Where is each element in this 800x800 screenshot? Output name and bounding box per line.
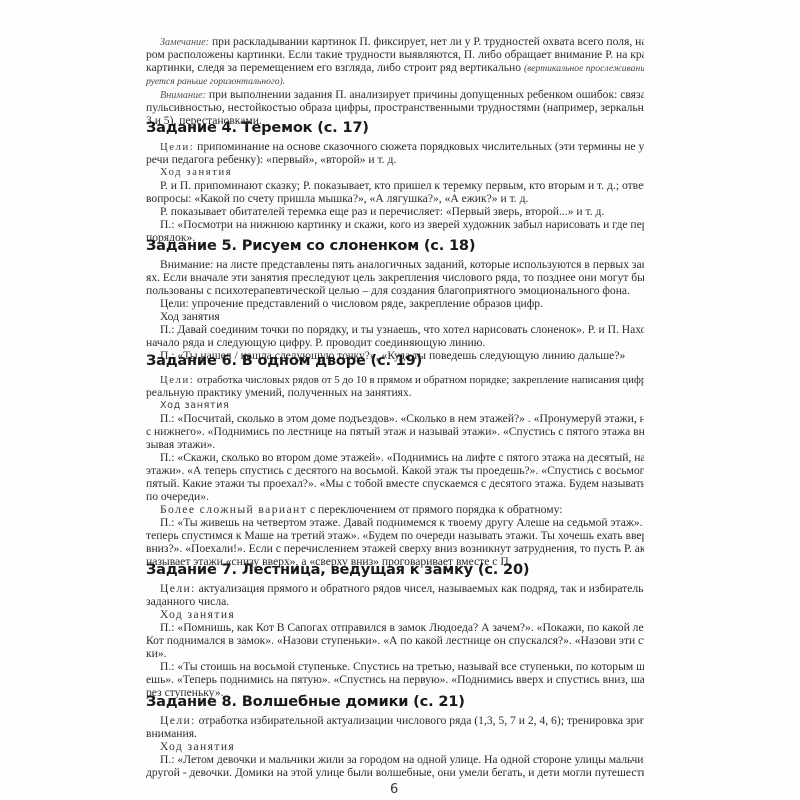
section-5-line: ях. Если вначале эти занятия преследуют … [146,271,644,284]
section-7-course-label: Ход занятия [160,608,644,621]
section-title-5: Задание 5. Рисуем со слоненком (с. 18) [146,237,475,255]
section-4-line: речи педагога ребенку): «первый», «второ… [146,153,644,166]
section-7-line: Кот поднимался в замок». «Назови ступень… [146,634,644,647]
note-line-3: картинки, следя за перемещением его взгл… [146,61,644,75]
section-4-line: П.: «Посмотри на нижнюю картинку и скажи… [160,218,644,231]
section-7-line: Цели: актуализация прямого и обратного р… [160,582,644,595]
section-8-line: Цели: отработка избирательной актуализац… [160,714,644,727]
section-6-line: пятый. Какие этажи ты проехал?». «Мы с т… [146,477,644,490]
section-6-line: реальную практику умений, полученных на … [146,386,644,399]
section-5-line: начало ряда и следующую цифру. Р. провод… [146,336,644,349]
section-4-line: Р. и П. припоминают сказку; Р. показывае… [160,179,644,192]
section-7-line: заданного числа. [146,595,644,608]
section-5-course-label: Ход занятия [160,310,644,323]
section-6-line: П.: «Скажи, сколько во втором доме этаже… [160,451,644,464]
note-line-4: руется раньше горизонтального). [146,74,644,88]
attention-line-2: пульсивностью, нестойкостью образа цифры… [146,101,644,114]
section-6-line: П.: «Ты живешь на четвертом этаже. Давай… [160,516,644,529]
section-title-6: Задание 6. В одном дворе (с. 19) [146,352,422,370]
section-6-line: теперь спустимся к Маше на третий этаж».… [146,529,644,542]
page-number: 6 [390,782,398,797]
section-7-line: ешь». «Теперь поднимись на пятую». «Спус… [146,673,644,686]
section-5-line: Внимание: на листе представлены пять ана… [160,258,644,271]
section-5-line: П.: Давай соединим точки по порядку, и т… [160,323,644,336]
section-6-line: Цели: отработка числовых рядов от 5 до 1… [160,373,644,387]
note-label: Замечание: [160,37,209,48]
section-5-line: пользованы с психотерапевтической целью … [146,284,644,297]
section-8-line: внимания. [146,727,644,740]
section-4-course-label: Ход занятия [160,166,644,179]
section-6-variant-line: Более сложный вариант с переключением от… [160,503,644,516]
attention-line-1: Внимание: при выполнении задания П. анал… [160,88,644,102]
section-4-line: вопросы: «Какой по счету пришла мышка?»,… [146,192,644,205]
section-6-course-label: Ход занятия [160,399,644,412]
section-8-line: П.: «Летом девочки и мальчики жили за го… [160,753,644,766]
section-title-7: Задание 7. Лестница, ведущая к замку (с.… [146,561,529,579]
section-title-4: Задание 4. Теремок (с. 17) [146,119,369,137]
section-7-line: П.: «Ты стоишь на восьмой ступеньке. Спу… [160,660,644,673]
section-6-line: зывая этажи». [146,438,644,451]
section-6-line: этажи». «А теперь спустись с десятого на… [146,464,644,477]
attention-label: Внимание: [160,90,206,101]
section-6-line: вниз?». «Поехали!». Если с перечислением… [146,542,644,555]
note-italic-tail: (вертикальное прослеживание форми- [524,63,644,74]
section-6-line: П.: «Посчитай, сколько в этом доме подъе… [160,412,644,425]
section-7-line: ки». [146,647,644,660]
section-title-8: Задание 8. Волшебные домики (с. 21) [146,693,465,711]
section-8-course-label: Ход занятия [160,740,644,753]
variant-label: Более сложный вариант [160,503,307,516]
note-line-2: ром расположены картинки. Если такие тру… [146,48,644,61]
section-4-line: Цели: припоминание на основе сказочного … [160,140,644,154]
section-8-line: другой - девочки. Домики на этой улице б… [146,766,644,779]
section-6-line: с нижнего». «Поднимись по лестнице на пя… [146,425,644,438]
document-page: Замечание: при раскладывании картинок П.… [0,0,800,800]
section-4-line: Р. показывает обитателей теремка еще раз… [160,205,644,218]
section-7-line: П.: «Помнишь, как Кот В Сапогах отправил… [160,621,644,634]
section-5-line: Цели: упрочение представлений о числовом… [160,297,644,310]
note-line-1: Замечание: при раскладывании картинок П.… [160,35,644,49]
section-6-line: по очереди». [146,490,644,503]
